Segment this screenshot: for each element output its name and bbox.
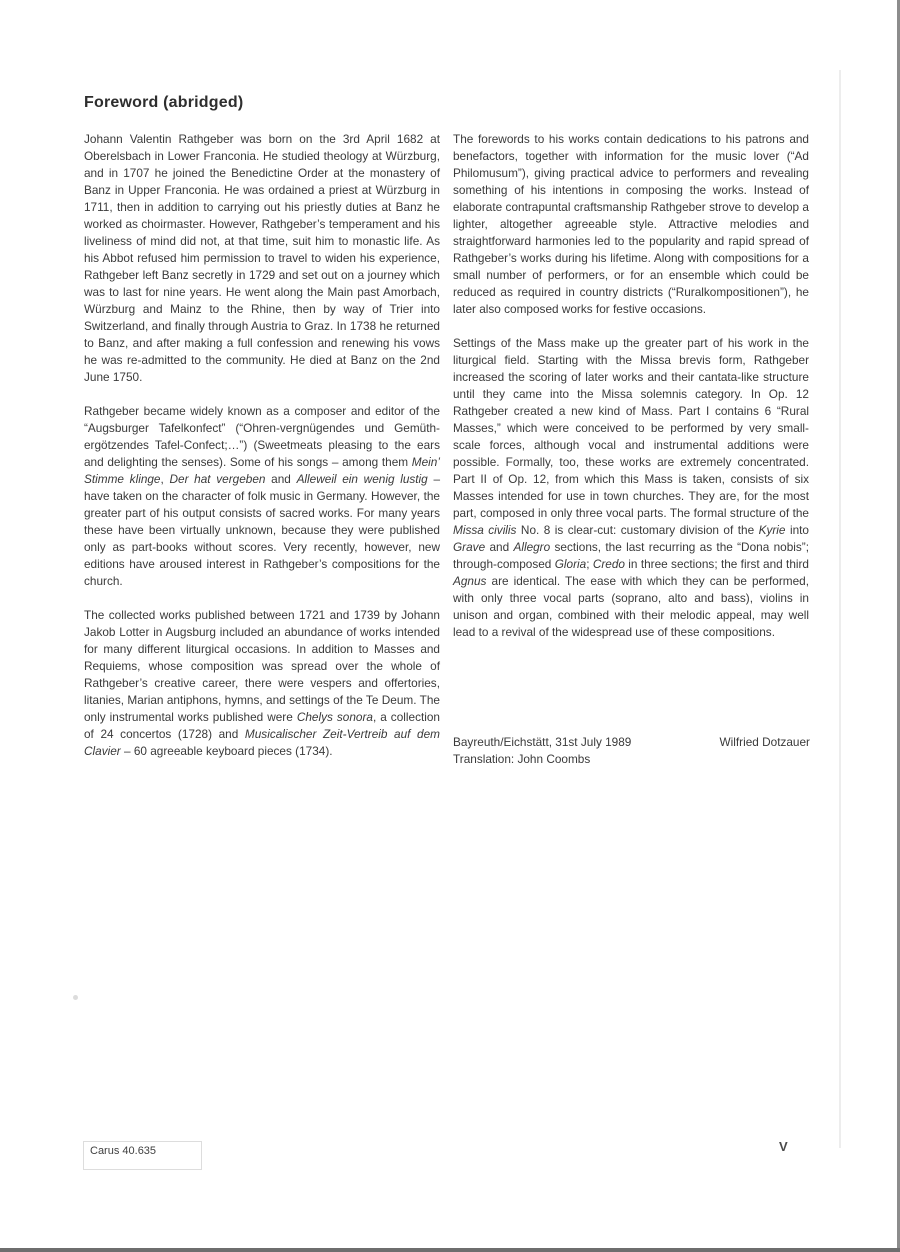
paragraph: The forewords to his works contain dedic… <box>453 131 809 318</box>
paragraph: Johann Valentin Rathgeber was born on th… <box>84 131 440 386</box>
foreword-page: Foreword (abridged) Johann Valentin Rath… <box>0 0 900 1252</box>
page-title: Foreword (abridged) <box>84 94 243 112</box>
signature-translation: Translation: John Coombs <box>453 751 810 768</box>
page-number: V <box>779 1139 788 1154</box>
paragraph: Settings of the Mass make up the greater… <box>453 335 809 641</box>
catalog-number-box: Carus 40.635 <box>83 1141 202 1170</box>
left-text-column: Johann Valentin Rathgeber was born on th… <box>84 131 440 777</box>
paragraph: Rathgeber became widely known as a compo… <box>84 403 440 590</box>
scan-edge-bottom <box>0 1248 900 1252</box>
right-text-column: The forewords to his works contain dedic… <box>453 131 809 658</box>
signature-author: Wilfried Dotzauer <box>720 734 810 751</box>
scanned-page-edge-line <box>839 70 841 1148</box>
signature-block: Bayreuth/Eichstätt, 31st July 1989 Wilfr… <box>453 734 810 768</box>
scan-artifact-dot <box>73 995 78 1000</box>
paragraph: The collected works published between 17… <box>84 607 440 760</box>
catalog-number: Carus 40.635 <box>90 1145 156 1157</box>
signature-place-date: Bayreuth/Eichstätt, 31st July 1989 <box>453 734 631 751</box>
